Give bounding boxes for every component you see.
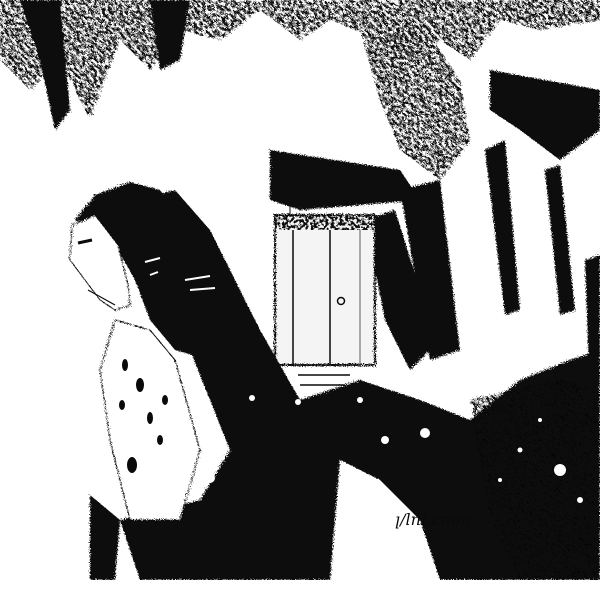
bottom-margin [0,580,600,600]
artist-signature: ꞁ/lnLcnon [395,510,471,529]
ink-artwork: ꞁ/lnLcnon [0,0,600,600]
artwork-canvas: ꞁ/lnLcnon [0,0,600,600]
